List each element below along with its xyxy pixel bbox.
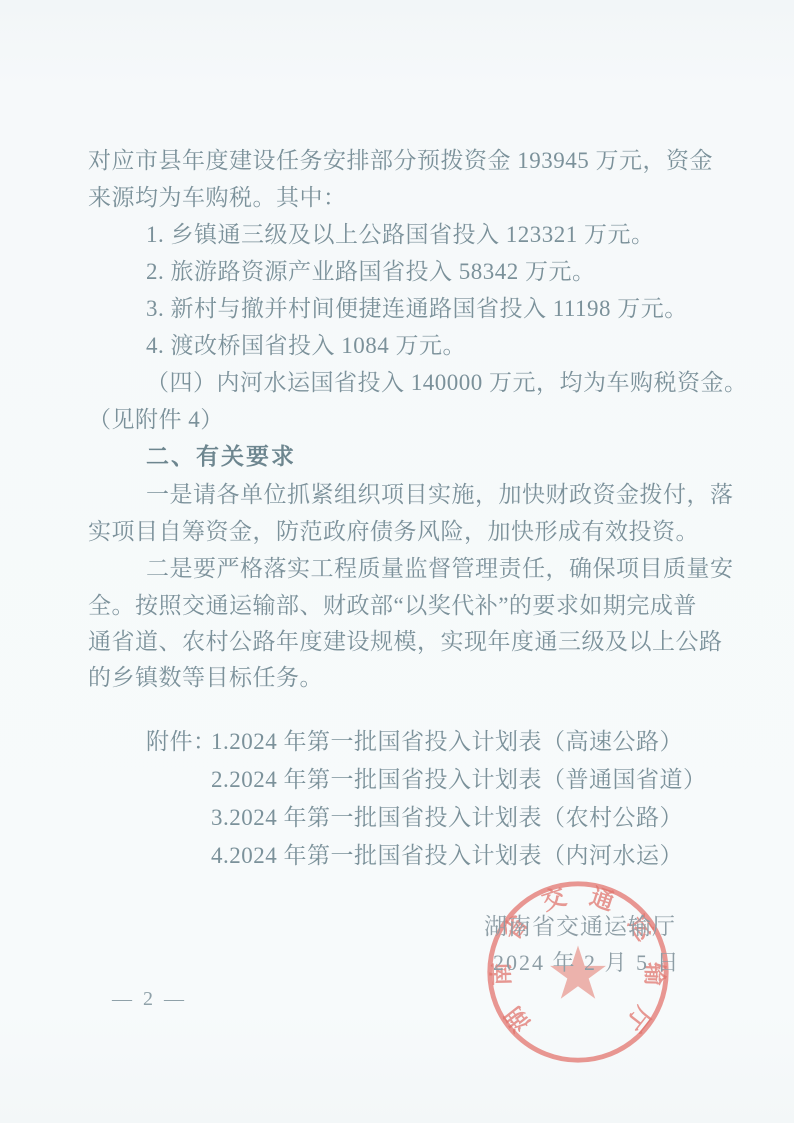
paragraph-line: 通省道、农村公路年度建设规模，实现年度通三级及以上公路 [88, 628, 728, 655]
signature-organization: 湖南省交通运输厅 [484, 908, 676, 941]
paragraph-line: 全。按照交通运输部、财政部“以奖代补”的要求如期完成普 [88, 592, 728, 619]
paragraph-line: （见附件 4） [88, 406, 728, 433]
paragraph-line: 一是请各单位抓紧组织项目实施，加快财政资金拨付，落 [146, 481, 786, 508]
list-item-line: 2. 旅游路资源产业路国省投入 58342 万元。 [146, 258, 786, 285]
list-item-line: 4. 渡改桥国省投入 1084 万元。 [146, 332, 786, 359]
attachments-label: 附件： [146, 728, 217, 755]
paragraph-line: 对应市县年度建设任务安排部分预拨资金 193945 万元，资金 [88, 147, 728, 174]
svg-text:湖: 湖 [500, 1001, 536, 1037]
signature-date: 2024 年 2 月 5 日 [493, 946, 681, 977]
attachment-item: 1.2024 年第一批国省投入计划表（高速公路） [211, 728, 683, 755]
paragraph-line: 来源均为车购税。其中： [88, 184, 728, 211]
paragraph-line: （四）内河水运国省投入 140000 万元，均为车购税资金。 [146, 369, 786, 396]
list-item-line: 1. 乡镇通三级及以上公路国省投入 123321 万元。 [146, 221, 786, 248]
document-page: 对应市县年度建设任务安排部分预拨资金 193945 万元，资金 来源均为车购税。… [0, 0, 794, 1123]
svg-text:厅: 厅 [620, 1001, 656, 1037]
page-number: — 2 — [112, 988, 187, 1011]
section-heading: 二、有关要求 [146, 443, 786, 470]
paragraph-line: 的乡镇数等目标任务。 [88, 664, 728, 691]
paragraph-line: 二是要严格落实工程质量监督管理责任，确保项目质量安 [146, 555, 786, 582]
attachment-item: 2.2024 年第一批国省投入计划表（普通国省道） [211, 766, 707, 793]
paragraph-line: 实项目自筹资金，防范政府债务风险，加快形成有效投资。 [88, 518, 728, 545]
attachment-item: 3.2024 年第一批国省投入计划表（农村公路） [211, 804, 683, 831]
list-item-line: 3. 新村与撤并村间便捷连通路国省投入 11198 万元。 [146, 295, 786, 322]
attachment-item: 4.2024 年第一批国省投入计划表（内河水运） [211, 842, 683, 869]
